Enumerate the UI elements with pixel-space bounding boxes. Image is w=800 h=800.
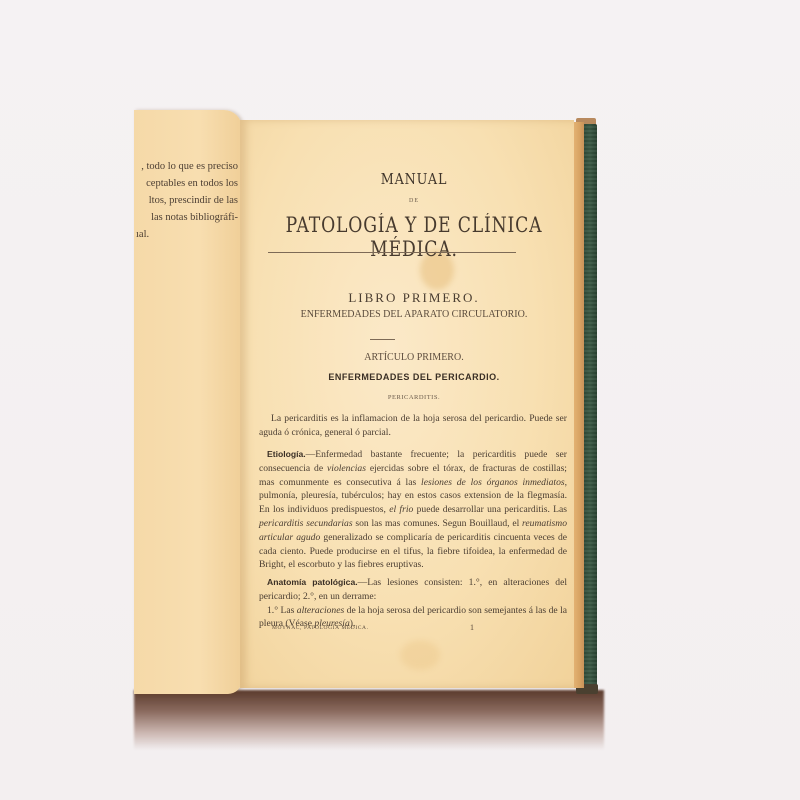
italic-run: violencias	[327, 463, 366, 474]
paragraph-etiologia: Etiología.—Enfermedad bastante frecuente…	[259, 448, 567, 572]
book-title: PATOLOGÍA Y DE CLÍNICA MÉDICA.	[284, 213, 545, 261]
text-run: son las mas comunes. Segun Bouillaud, el	[353, 518, 522, 529]
book-subject: ENFERMEDADES DEL APARATO CIRCULATORIO.	[255, 309, 573, 320]
page-number: 1	[470, 623, 475, 632]
italic-run: el frio	[389, 504, 413, 515]
title-manual: MANUAL	[279, 170, 549, 188]
italic-run: pericarditis secundarias	[259, 518, 353, 529]
left-page-text: , todo lo que es preciso ceptables en to…	[134, 158, 238, 243]
signature-line: MOYNAC, PATOLOGÍA MÉDICA.	[272, 625, 369, 631]
green-cloth-spine	[583, 124, 597, 688]
paragraph-anatomia: Anatomía patológica.—Las lesiones consis…	[259, 576, 567, 631]
left-line: , todo lo que es preciso	[134, 158, 238, 175]
paragraph-definition: La pericarditis es la inflamacion de la …	[259, 412, 567, 440]
book-shadow	[134, 690, 604, 750]
page-footer: MOYNAC, PATOLOGÍA MÉDICA. 1	[272, 625, 562, 631]
text-run: puede desarrollar una pericarditis. Las	[413, 504, 567, 515]
book-heading: LIBRO PRIMERO.	[255, 290, 573, 306]
text-run: 1.° Las	[259, 605, 297, 616]
title-de: DE	[255, 198, 573, 204]
left-line: ıal.	[134, 226, 238, 243]
article-heading: ARTÍCULO PRIMERO.	[255, 352, 573, 363]
paragraph-label: Etiología.	[267, 449, 306, 459]
section-heading: PERICARDITIS.	[255, 394, 573, 401]
paragraph-label: Anatomía patológica.	[267, 577, 358, 587]
left-line: ceptables en todos los	[134, 175, 238, 192]
title-rule	[268, 252, 516, 253]
italic-run: lesiones de los órganos inmediatos	[421, 477, 565, 488]
short-rule	[370, 339, 395, 340]
article-subheading: ENFERMEDADES DEL PERICARDIO.	[255, 372, 573, 382]
italic-run: alteraciones	[297, 605, 344, 616]
foxing-stain	[400, 640, 440, 670]
left-line: las notas bibliográfi-	[134, 209, 238, 226]
left-line: ltos, prescindir de las	[134, 192, 238, 209]
